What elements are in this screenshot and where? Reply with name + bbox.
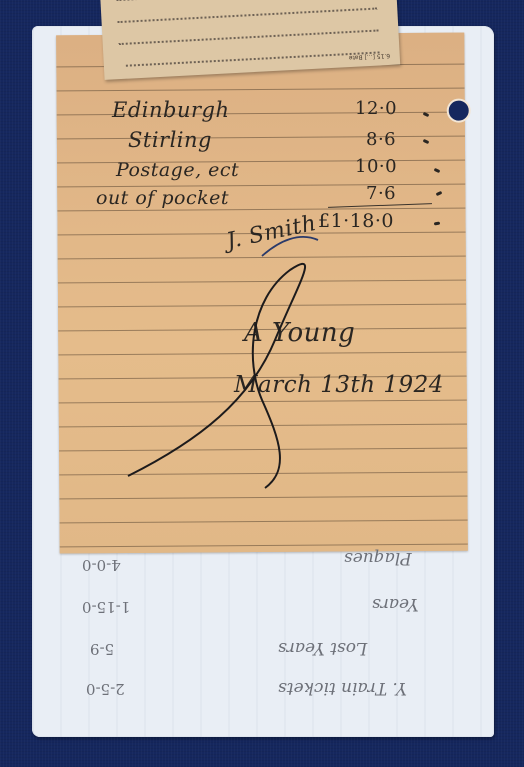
expense-item: Stirling [128,128,212,152]
pencil-amount: 4-0-0 [82,556,121,574]
dotted-line [126,51,380,66]
dotted-line [116,0,376,1]
pencil-item: Plaques [344,548,412,568]
expense-item: Edinburgh [112,98,230,122]
expense-item: Postage, ect [116,159,239,181]
pencil-amount: 2-5-0 [86,680,125,698]
expense-amount: 7·6 [366,183,396,204]
expense-item: out of pocket [96,187,229,209]
signature-date: March 13th 1924 [234,372,444,398]
signature: A Young [244,318,355,348]
pencil-item: Lost Years [278,638,367,658]
dotted-line [119,29,379,45]
slip-imprint: 6.15 [...] Bate [348,52,390,61]
total-amount: £1·18·0 [318,210,394,232]
pencil-item: Y. Train tickets [278,678,407,698]
expense-amount: 10·0 [355,156,397,177]
dotted-line [118,8,378,24]
expense-amount: 8·6 [366,129,396,150]
pencil-amount: 5-9 [90,640,114,658]
punch-hole [447,99,471,123]
pencil-item: Years [372,594,419,614]
pencil-amount: 1-15-0 [82,598,130,616]
expense-amount: 12·0 [355,98,397,119]
